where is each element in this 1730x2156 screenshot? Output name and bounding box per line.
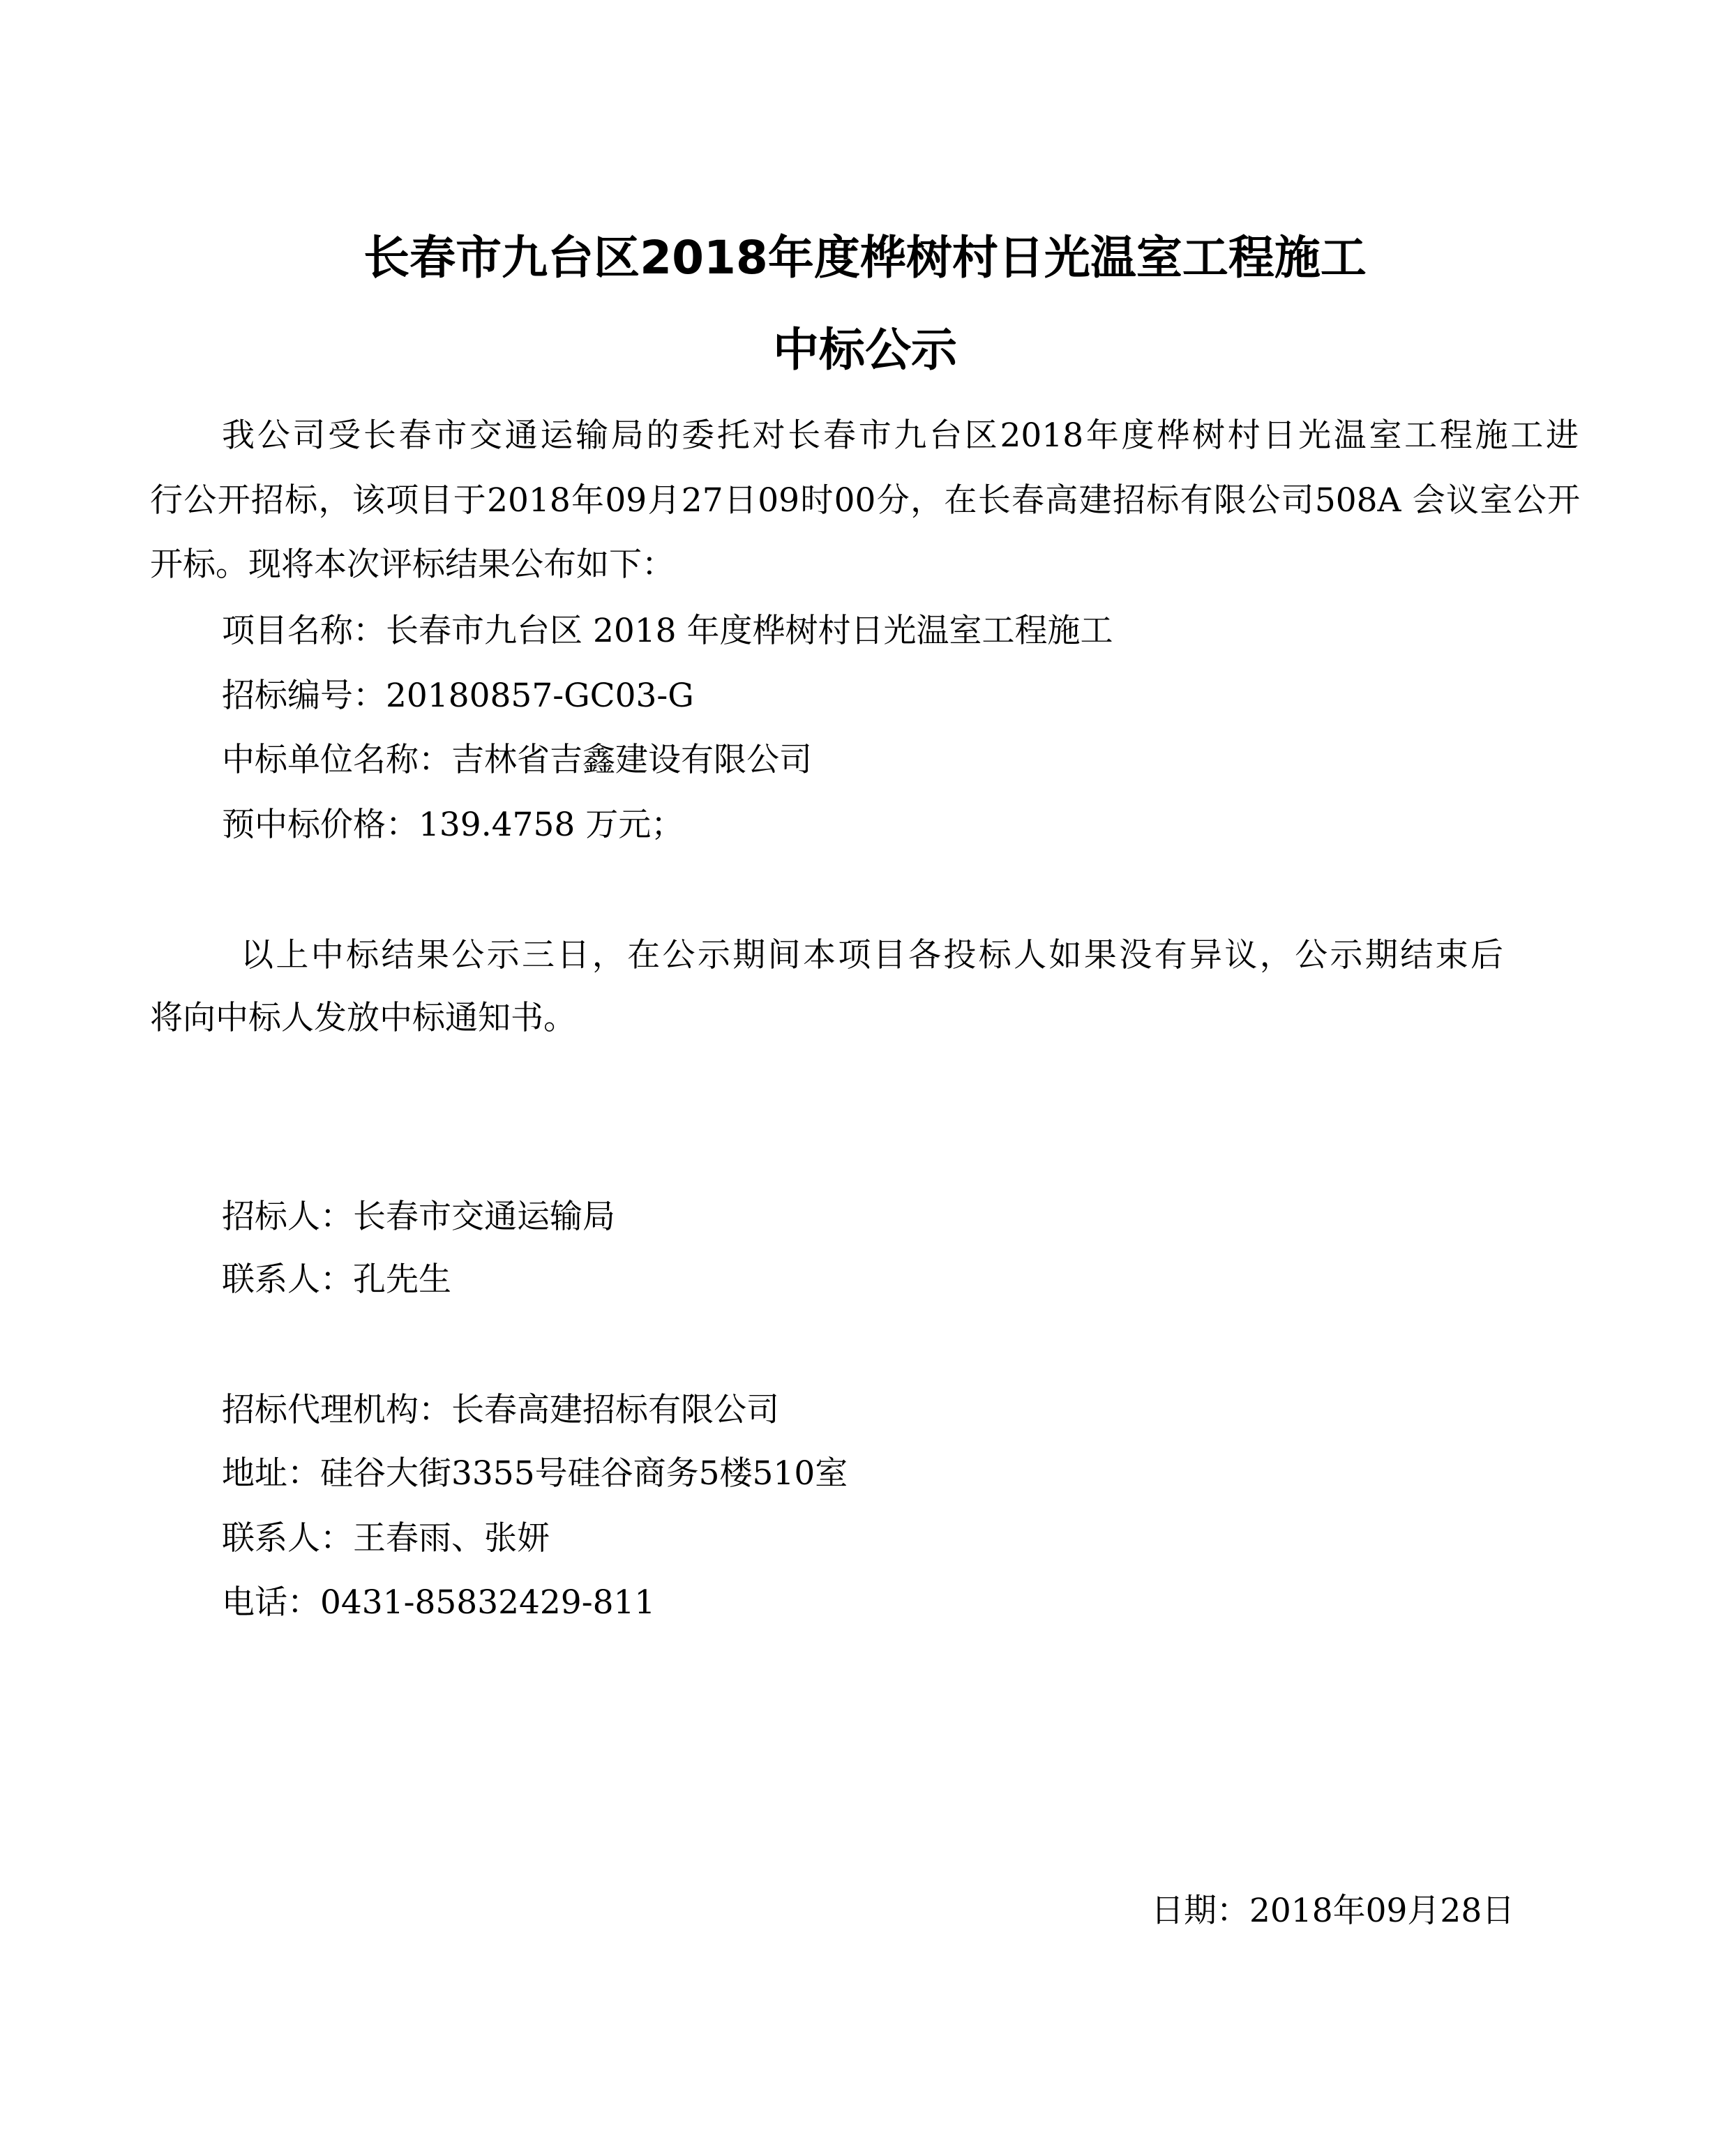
winning-price: 预中标价格：139.4758 万元；	[222, 804, 684, 846]
agency-name: 招标代理机构：长春高建招标有限公司	[222, 1389, 779, 1431]
document-page: 长春市九台区2018年度桦树村日光温室工程施工 中标公示 我公司受长春市交通运输…	[0, 0, 1730, 2156]
winning-bidder: 中标单位名称：吉林省吉鑫建设有限公司	[222, 739, 812, 781]
tenderer-name: 招标人：长春市交通运输局	[222, 1196, 615, 1238]
notice-date: 日期：2018年09月28日	[1151, 1890, 1514, 1932]
bid-number: 招标编号：20180857-GC03-G	[222, 675, 694, 717]
closing-line-2: 将向中标人发放中标通知书。	[150, 997, 576, 1039]
document-title: 长春市九台区2018年度桦树村日光温室工程施工	[84, 230, 1646, 286]
tenderer-contact: 联系人：孔先生	[222, 1259, 451, 1301]
intro-line-1: 我公司受长春市交通运输局的委托对长春市九台区2018年度桦树村日光温室工程施工进	[222, 415, 1579, 457]
agency-phone: 电话：0431-85832429-811	[222, 1582, 655, 1624]
closing-line-1: 以上中标结果公示三日，在公示期间本项目各投标人如果没有异议，公示期结束后	[241, 935, 1503, 977]
project-name: 项目名称：长春市九台区 2018 年度桦树村日光温室工程施工	[222, 610, 1113, 652]
intro-line-3: 开标。现将本次评标结果公布如下：	[150, 544, 675, 586]
intro-line-2: 行公开招标，该项目于2018年09月27日09时00分，在长春高建招标有限公司5…	[150, 480, 1580, 522]
document-subtitle: 中标公示	[0, 322, 1730, 378]
agency-contact: 联系人：王春雨、张妍	[222, 1518, 550, 1560]
agency-address: 地址：硅谷大街3355号硅谷商务5楼510室	[222, 1453, 848, 1495]
